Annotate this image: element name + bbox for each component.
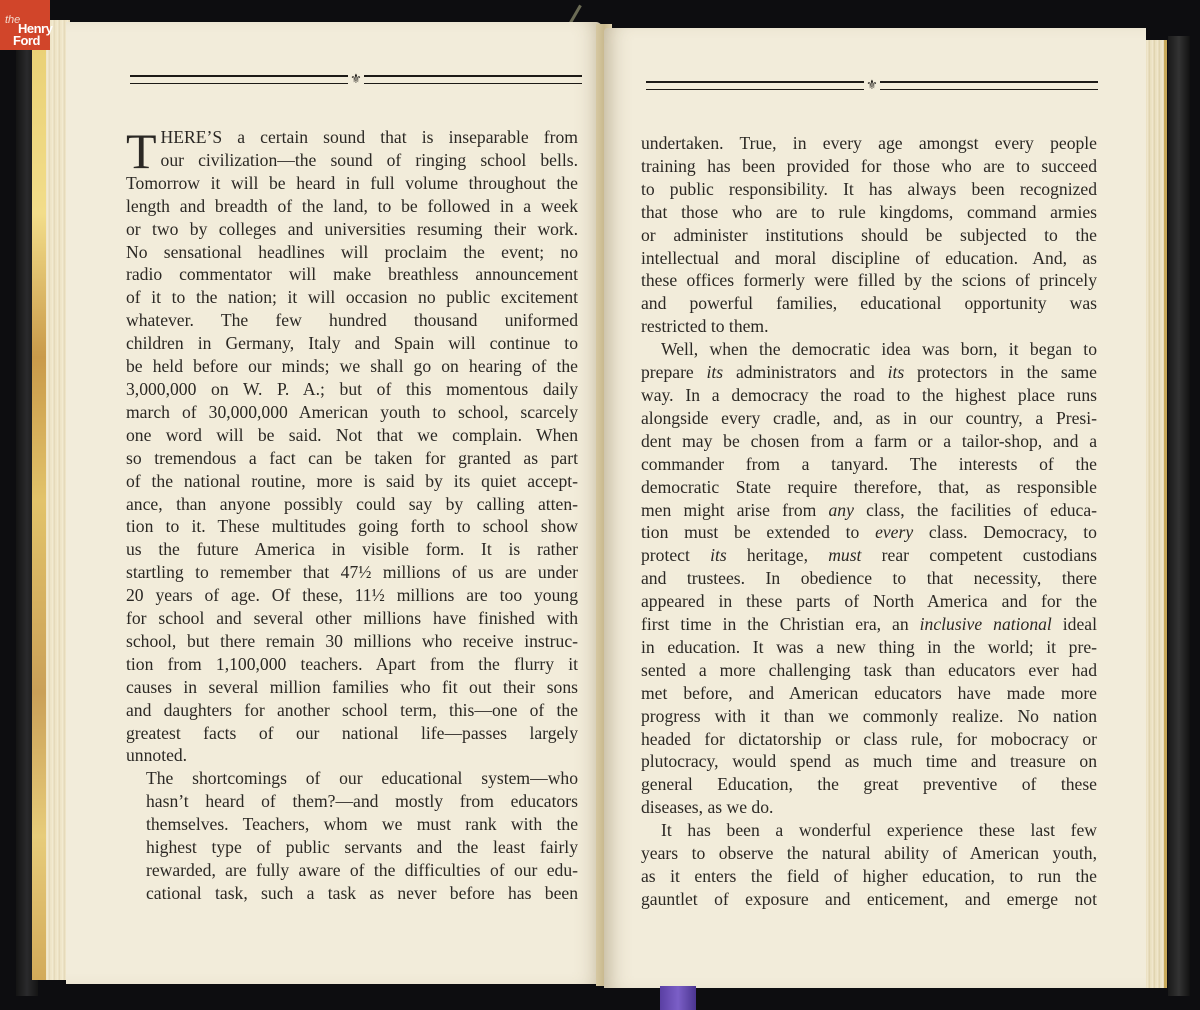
text-line: our civilization—the sound of ringing sc… xyxy=(126,149,578,172)
text-line: rewarded, are fully aware of the difficu… xyxy=(126,859,578,882)
text-line: prepare its administrators and its prote… xyxy=(641,361,1097,384)
text-line: tion from 1,100,000 teachers. Apart from… xyxy=(126,653,578,676)
fleur-de-lis-icon: ⚜ xyxy=(348,72,364,86)
text-line: march of 30,000,000 American youth to sc… xyxy=(126,401,578,424)
text-line: of the national routine, more is said by… xyxy=(126,470,578,493)
text-line: greatest facts of our national life—pass… xyxy=(126,722,578,745)
text-line: headed for dictatorship or class rule, f… xyxy=(641,728,1097,751)
left-page-text: T HERE’S a certain sound that is insepar… xyxy=(126,126,578,905)
text-line: be held before our minds; we shall go on… xyxy=(126,355,578,378)
text-line: progress with it than we commonly realiz… xyxy=(641,705,1097,728)
text-line: alongside every cradle, and, as in our c… xyxy=(641,407,1097,430)
text-line: themselves. Teachers, whom we must rank … xyxy=(126,813,578,836)
text-line: way. In a democracy the road to the high… xyxy=(641,384,1097,407)
text-line: undertaken. True, in every age amongst e… xyxy=(641,132,1097,155)
text-line: intellectual and moral discipline of edu… xyxy=(641,247,1097,270)
text-line: one word will be said. Not that we compl… xyxy=(126,424,578,447)
text-line: tion to it. These multitudes going forth… xyxy=(126,515,578,538)
paragraph-democratic-idea: Well, when the democratic idea was born,… xyxy=(641,338,1097,819)
ornament-rule xyxy=(130,75,348,84)
text-line: and powerful families, educational oppor… xyxy=(641,292,1097,315)
text-line: in education. It was a new thing in the … xyxy=(641,636,1097,659)
text-line: The shortcomings of our educational syst… xyxy=(126,767,578,790)
text-line: first time in the Christian era, an incl… xyxy=(641,613,1097,636)
text-line: for school and several other millions ha… xyxy=(126,607,578,630)
text-line: plutocracy, would spend as much time and… xyxy=(641,750,1097,773)
header-ornament-right: ⚜ xyxy=(646,78,1098,92)
text-line: cational task, such a task as never befo… xyxy=(126,882,578,905)
right-page-text: undertaken. True, in every age amongst e… xyxy=(641,132,1097,911)
logo-ford: Ford xyxy=(13,34,40,47)
text-line: to public responsibility. It has always … xyxy=(641,178,1097,201)
text-line: training has been provided for those who… xyxy=(641,155,1097,178)
text-line: of it to the nation; it will occasion no… xyxy=(126,286,578,309)
paragraph-continued: undertaken. True, in every age amongst e… xyxy=(641,132,1097,338)
text-line: startling to remember that 47½ millions … xyxy=(126,561,578,584)
text-line: school, but there remain 30 millions who… xyxy=(126,630,578,653)
bookmark-thread xyxy=(569,5,582,24)
text-line: diseases, as we do. xyxy=(641,796,1097,819)
text-line: dent may be chosen from a farm or a tail… xyxy=(641,430,1097,453)
text-line: children in Germany, Italy and Spain wil… xyxy=(126,332,578,355)
drop-cap: T xyxy=(126,131,157,171)
text-line: commander from a tanyard. The interests … xyxy=(641,453,1097,476)
henry-ford-logo: the Henry Ford xyxy=(0,0,50,50)
text-line: radio commentator will make breathless a… xyxy=(126,263,578,286)
text-line: protect its heritage, must rear competen… xyxy=(641,544,1097,567)
text-line: whatever. The few hundred thousand unifo… xyxy=(126,309,578,332)
text-line: men might arise from any class, the faci… xyxy=(641,499,1097,522)
text-line: causes in several million families who f… xyxy=(126,676,578,699)
text-line: tion must be extended to every class. De… xyxy=(641,521,1097,544)
text-line: gauntlet of exposure and enticement, and… xyxy=(641,888,1097,911)
book-cover-right xyxy=(1168,36,1190,996)
text-line: HERE’S a certain sound that is inseparab… xyxy=(126,126,578,149)
paragraph-1: T HERE’S a certain sound that is insepar… xyxy=(126,126,578,767)
text-line: highest type of public servants and the … xyxy=(126,836,578,859)
fleur-de-lis-icon: ⚜ xyxy=(864,78,880,92)
text-line: restricted to them. xyxy=(641,315,1097,338)
paragraph-wonderful-experience: It has been a wonderful experience these… xyxy=(641,819,1097,911)
text-line: general Education, the great preventive … xyxy=(641,773,1097,796)
text-line: hasn’t heard of them?—and mostly from ed… xyxy=(126,790,578,813)
text-line: that those who are to rule kingdoms, com… xyxy=(641,201,1097,224)
text-line: and trustees. In obedience to that neces… xyxy=(641,567,1097,590)
text-line: Tomorrow it will be heard in full volume… xyxy=(126,172,578,195)
text-line: or administer institutions should be sub… xyxy=(641,224,1097,247)
text-line: 3,000,000 on W. P. A.; but of this momen… xyxy=(126,378,578,401)
text-line: 20 years of age. Of these, 11½ millions … xyxy=(126,584,578,607)
text-line: as it enters the field of higher educati… xyxy=(641,865,1097,888)
text-line: appeared in these parts of North America… xyxy=(641,590,1097,613)
text-line: No sensational headlines will proclaim t… xyxy=(126,241,578,264)
paragraph-2: The shortcomings of our educational syst… xyxy=(126,767,578,904)
header-ornament-left: ⚜ xyxy=(130,72,582,86)
text-line: ance, than anyone possibly could say by … xyxy=(126,493,578,516)
text-line: It has been a wonderful experience these… xyxy=(641,819,1097,842)
ornament-rule xyxy=(646,81,864,90)
text-line: democratic State require therefore, that… xyxy=(641,476,1097,499)
ribbon-bookmark xyxy=(660,986,696,1010)
text-line: so tremendous a fact can be taken for gr… xyxy=(126,447,578,470)
ornament-rule xyxy=(880,81,1098,90)
ornament-rule xyxy=(364,75,582,84)
page-stack-right xyxy=(1146,40,1167,988)
text-line: years to observe the natural ability of … xyxy=(641,842,1097,865)
text-line: and daughters for another school term, t… xyxy=(126,699,578,722)
text-line: these offices formerly were filled by th… xyxy=(641,269,1097,292)
text-line: length and breadth of the land, to be fo… xyxy=(126,195,578,218)
text-line: unnoted. xyxy=(126,744,578,767)
text-line: or two by colleges and universities resu… xyxy=(126,218,578,241)
text-line: met before, and American educators have … xyxy=(641,682,1097,705)
text-line: Well, when the democratic idea was born,… xyxy=(641,338,1097,361)
text-line: sented a more challenging task than educ… xyxy=(641,659,1097,682)
text-line: us the future America in visible form. I… xyxy=(126,538,578,561)
